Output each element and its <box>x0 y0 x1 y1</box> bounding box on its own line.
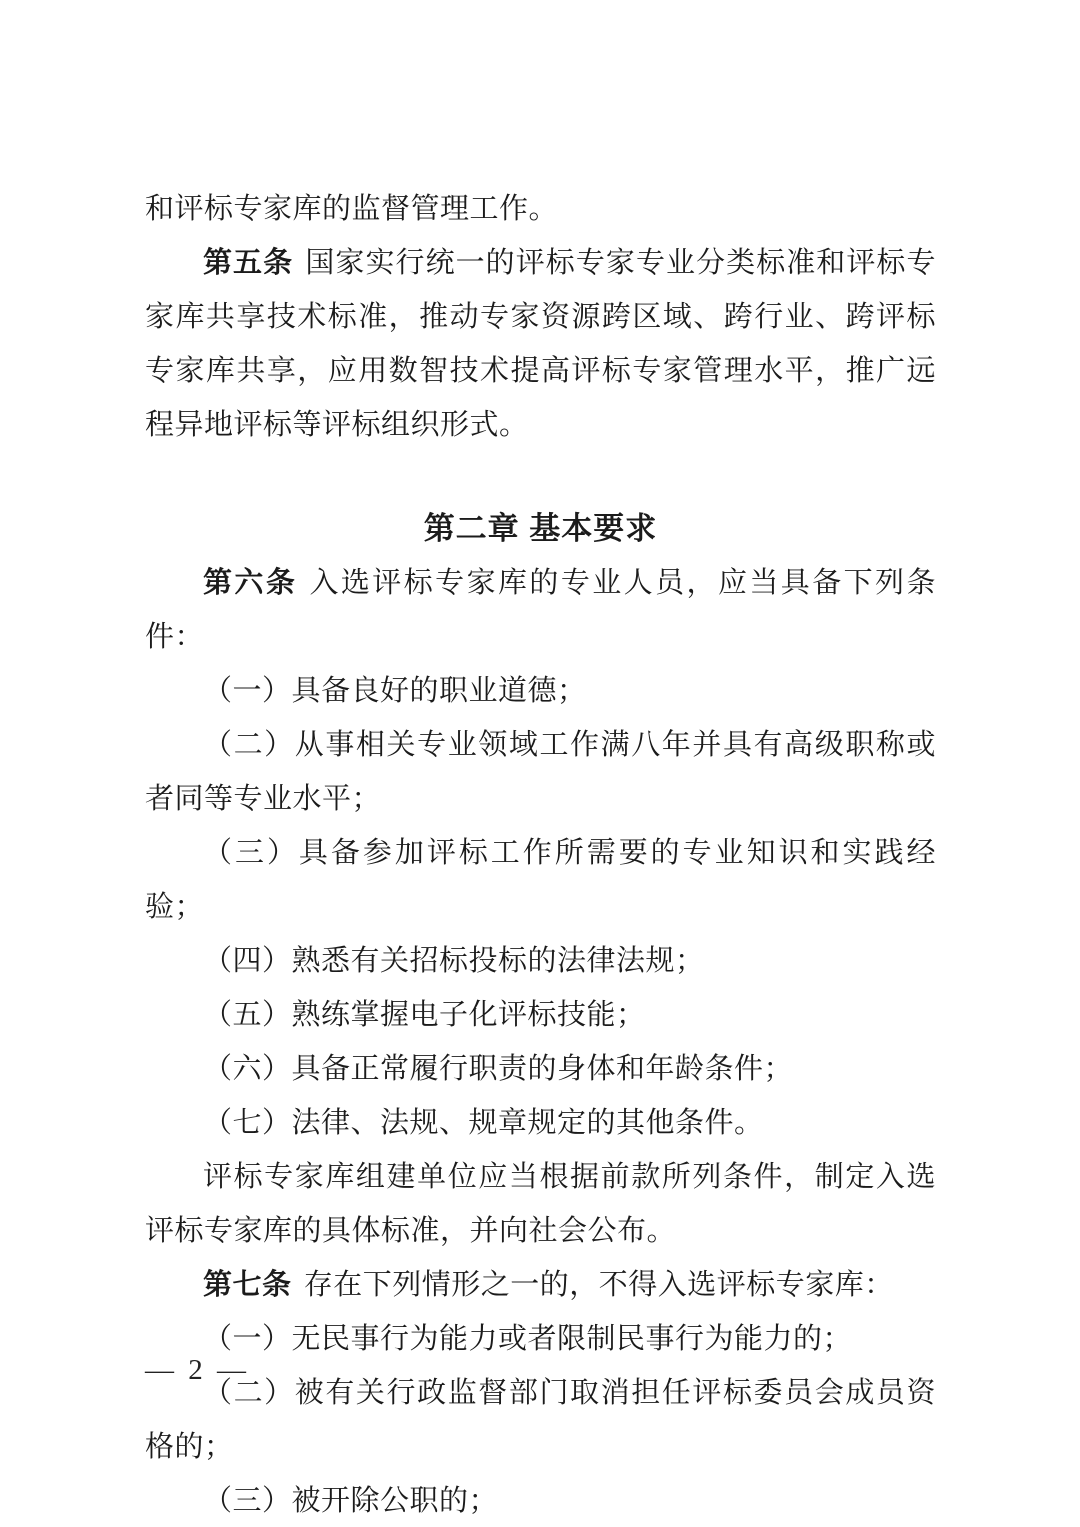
paragraph-text: （一）具备良好的职业道德； <box>203 675 587 707</box>
chapter-2-heading: 第二章 基本要求 <box>145 502 936 556</box>
article-7-number: 第七条 <box>203 1269 292 1301</box>
paragraph-text: 存在下列情形之一的，不得入选评标专家库： <box>304 1269 894 1301</box>
paragraph-text: 评标专家库组建单位应当根据前款所列条件，制定入选评标专家库的具体标准，并向社会公… <box>145 1161 936 1247</box>
article-6-item-2: （二）从事相关专业领域工作满八年并具有高级职称或者同等专业水平； <box>145 718 936 826</box>
article-7-item-3: （三）被开除公职的； <box>145 1474 936 1527</box>
article-6-item-3: （三）具备参加评标工作所需要的专业知识和实践经验； <box>145 826 936 934</box>
paragraph-text: （七）法律、法规、规章规定的其他条件。 <box>203 1107 764 1139</box>
document-body: 和评标专家库的监督管理工作。 第五条国家实行统一的评标专家专业分类标准和评标专家… <box>145 182 936 1527</box>
paragraph-text: （二）被有关行政监督部门取消担任评标委员会成员资格的； <box>145 1377 936 1463</box>
article-7-item-2: （二）被有关行政监督部门取消担任评标委员会成员资格的； <box>145 1366 936 1474</box>
article-7-paragraph: 第七条存在下列情形之一的，不得入选评标专家库： <box>145 1258 936 1312</box>
article-5-paragraph: 第五条国家实行统一的评标专家专业分类标准和评标专家库共享技术标准，推动专家资源跨… <box>145 236 936 452</box>
page-number: — 2 — <box>145 1350 246 1390</box>
document-page: 和评标专家库的监督管理工作。 第五条国家实行统一的评标专家专业分类标准和评标专家… <box>0 0 1080 1527</box>
paragraph-text: （二）从事相关专业领域工作满八年并具有高级职称或者同等专业水平； <box>145 729 936 815</box>
paragraph-text: （一）无民事行为能力或者限制民事行为能力的； <box>203 1323 852 1355</box>
paragraph-text: （四）熟悉有关招标投标的法律法规； <box>203 945 705 977</box>
paragraph-text: （三）具备参加评标工作所需要的专业知识和实践经验； <box>145 837 936 923</box>
paragraph-text: （三）被开除公职的； <box>203 1485 498 1517</box>
article-6-supplement-paragraph: 评标专家库组建单位应当根据前款所列条件，制定入选评标专家库的具体标准，并向社会公… <box>145 1150 936 1258</box>
article-7-item-1: （一）无民事行为能力或者限制民事行为能力的； <box>145 1312 936 1366</box>
article-6-item-6: （六）具备正常履行职责的身体和年龄条件； <box>145 1042 936 1096</box>
paragraph-continuation: 和评标专家库的监督管理工作。 <box>145 182 936 236</box>
article-6-paragraph: 第六条入选评标专家库的专业人员，应当具备下列条件： <box>145 556 936 664</box>
article-6-item-7: （七）法律、法规、规章规定的其他条件。 <box>145 1096 936 1150</box>
paragraph-text: （五）熟练掌握电子化评标技能； <box>203 999 646 1031</box>
article-5-number: 第五条 <box>203 247 293 279</box>
paragraph-text: 和评标专家库的监督管理工作。 <box>145 193 558 225</box>
article-6-item-5: （五）熟练掌握电子化评标技能； <box>145 988 936 1042</box>
paragraph-text: （六）具备正常履行职责的身体和年龄条件； <box>203 1053 793 1085</box>
article-6-item-4: （四）熟悉有关招标投标的法律法规； <box>145 934 936 988</box>
article-6-item-1: （一）具备良好的职业道德； <box>145 664 936 718</box>
article-6-number: 第六条 <box>203 567 297 599</box>
